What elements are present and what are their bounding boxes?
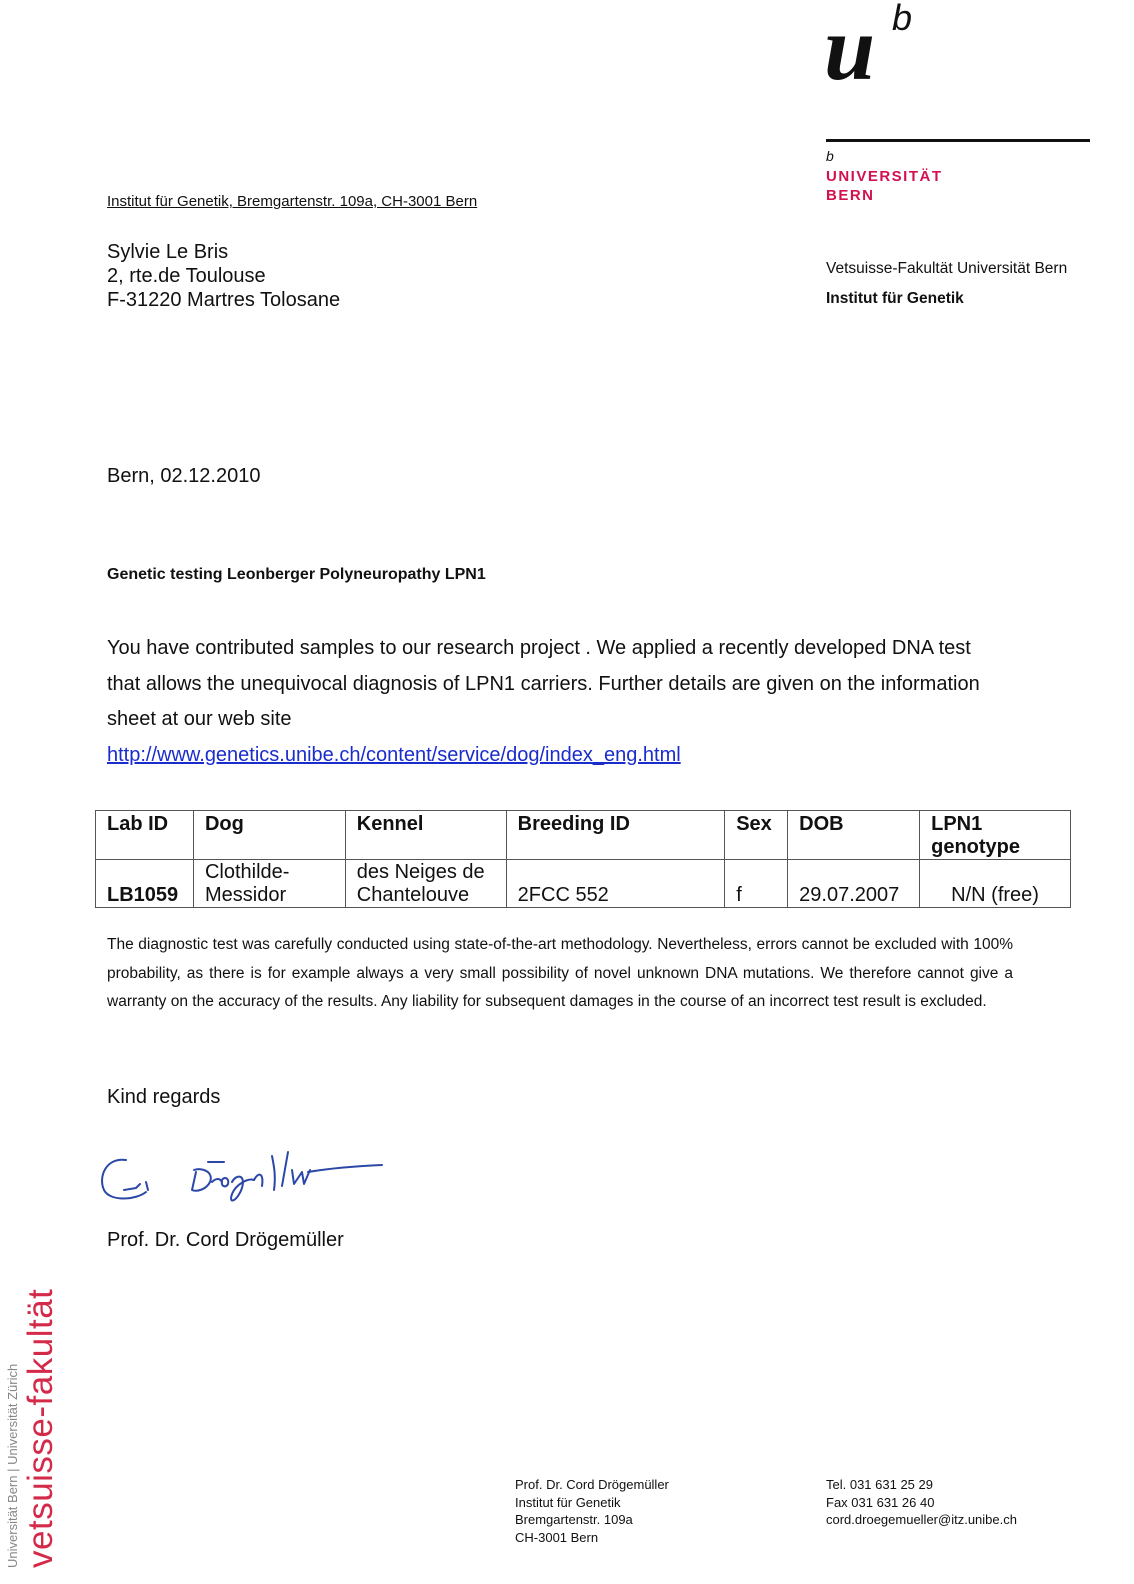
letter-subject: Genetic testing Leonberger Polyneuropath… <box>107 566 486 584</box>
footer-contact: Tel. 031 631 25 29 Fax 031 631 26 40 cor… <box>826 1476 1017 1529</box>
logo-small-b: b <box>826 148 834 164</box>
closing: Kind regards <box>107 1086 220 1109</box>
footer-street: Bremgartenstr. 109a <box>515 1511 669 1529</box>
letter-body: You have contributed samples to our rese… <box>107 631 1007 773</box>
sender-return-address: Institut für Genetik, Bremgartenstr. 109… <box>107 193 477 210</box>
cell-breeding-id: 2FCC 552 <box>506 860 725 908</box>
dog-name-line1: Clothilde- <box>205 861 334 884</box>
cell-sex: f <box>725 860 788 908</box>
cell-genotype: N/N (free) <box>920 860 1071 908</box>
dog-name-line2: Messidor <box>205 884 334 907</box>
university-logo-monogram-u: u <box>824 2 873 94</box>
signature-icon <box>96 1132 396 1232</box>
recipient-city: F-31220 Martres Tolosane <box>107 288 340 312</box>
vetsuisse-side-logo: Universität Bern | Universität Zürich ve… <box>4 1289 60 1568</box>
recipient-street: 2, rte.de Toulouse <box>107 264 340 288</box>
results-table: Lab ID Dog Kennel Breeding ID Sex DOB LP… <box>95 810 1071 908</box>
header-genotype: LPN1 genotype <box>920 811 1071 860</box>
footer-fax: Fax 031 631 26 40 <box>826 1494 1017 1512</box>
header-lab-id: Lab ID <box>96 811 194 860</box>
signer-name: Prof. Dr. Cord Drögemüller <box>107 1229 344 1252</box>
disclaimer: The diagnostic test was carefully conduc… <box>107 931 1013 1017</box>
footer-name: Prof. Dr. Cord Drögemüller <box>515 1476 669 1494</box>
university-logo-monogram-b: b <box>892 0 912 36</box>
header-kennel: Kennel <box>345 811 506 860</box>
header-dob: DOB <box>788 811 920 860</box>
footer-institute: Institut für Genetik <box>515 1494 669 1512</box>
cell-kennel: des Neiges de Chantelouve <box>345 860 506 908</box>
footer-city: CH-3001 Bern <box>515 1529 669 1547</box>
table-header-row: Lab ID Dog Kennel Breeding ID Sex DOB LP… <box>96 811 1071 860</box>
cell-lab-id: LB1059 <box>96 860 194 908</box>
logo-divider <box>826 139 1090 142</box>
recipient-address: Sylvie Le Bris 2, rte.de Toulouse F-3122… <box>107 240 340 312</box>
footer-email[interactable]: cord.droegemueller@itz.unibe.ch <box>826 1511 1017 1529</box>
body-paragraph: You have contributed samples to our rese… <box>107 637 980 730</box>
footer-address: Prof. Dr. Cord Drögemüller Institut für … <box>515 1476 669 1546</box>
table-row: LB1059 Clothilde- Messidor des Neiges de… <box>96 860 1071 908</box>
university-name-line1: UNIVERSITÄT <box>826 167 943 186</box>
kennel-line2: Chantelouve <box>357 884 495 907</box>
letterhead-institute: Institut für Genetik <box>826 290 964 308</box>
cell-dob: 29.07.2007 <box>788 860 920 908</box>
university-name: UNIVERSITÄT BERN <box>826 167 943 205</box>
university-name-line2: BERN <box>826 186 943 205</box>
footer-phone: Tel. 031 631 25 29 <box>826 1476 1017 1494</box>
kennel-line1: des Neiges de <box>357 861 495 884</box>
side-logo-universities: Universität Bern | Universität Zürich <box>4 1289 22 1568</box>
header-sex: Sex <box>725 811 788 860</box>
recipient-name: Sylvie Le Bris <box>107 240 340 264</box>
cell-dog: Clothilde- Messidor <box>193 860 345 908</box>
info-sheet-link[interactable]: http://www.genetics.unibe.ch/content/ser… <box>107 744 681 766</box>
letterhead-faculty: Vetsuisse-Fakultät Universität Bern <box>826 259 1067 279</box>
header-breeding-id: Breeding ID <box>506 811 725 860</box>
place-date: Bern, 02.12.2010 <box>107 465 260 488</box>
header-dog: Dog <box>193 811 345 860</box>
side-logo-faculty: vetsuisse-fakultät <box>22 1289 60 1568</box>
